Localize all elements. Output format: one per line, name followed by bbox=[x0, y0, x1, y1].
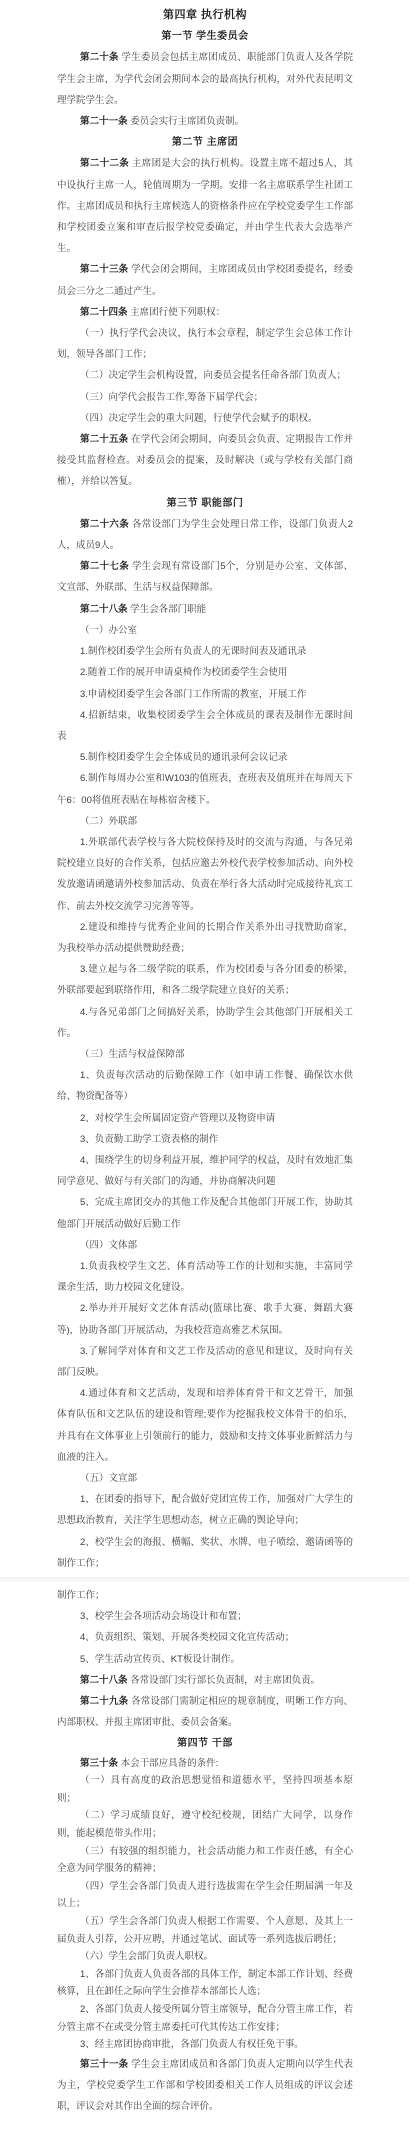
list-item-paragraph: （六）学生会部门负责人职权。 bbox=[57, 1948, 353, 1966]
article-number: 第二十八条 bbox=[80, 604, 128, 615]
article-number: 第二十五条 bbox=[80, 434, 128, 445]
article-paragraph: 第三十条 本会干部应具备的条件: bbox=[57, 1755, 353, 1773]
article-number: 第二十条 bbox=[80, 52, 119, 63]
page-break-gap bbox=[0, 1577, 409, 1582]
document-page: 第四章 执行机构第一节 学生委员会第二十条 学生委员会包括主席团成员、职能部门负… bbox=[0, 0, 409, 2133]
list-item-paragraph: 1、在团委的指导下，配合做好党团宣传工作，加强对广大学生的思想政治教育，关注学生… bbox=[57, 1489, 353, 1531]
article-paragraph: 第二十五条 在学代会闭会期间，向委员会负责、定期报告工作并接受其监督检查。对委员… bbox=[57, 429, 353, 493]
list-item-paragraph: 1.制作校团委学生会所有负责人的无课时间表及通讯录 bbox=[57, 641, 353, 662]
list-item-paragraph: 2.建设和维持与优秀企业间的长期合作关系外出寻找赞助商家，为我校举办活动提供赞助… bbox=[57, 917, 353, 959]
list-item-paragraph: 1、负责每次活动的后勤保障工作（如申请工作餐、确保饮水供给、物资配备等） bbox=[57, 1065, 353, 1107]
article-number: 第二十九条 bbox=[80, 1696, 128, 1707]
article-paragraph: 第二十一条 委员会实行主席团负责制。 bbox=[57, 111, 353, 132]
list-item-paragraph: 4.通过体育和文艺活动，发现和培养体育骨干和文艺骨干，加强体育队伍和文艺队伍的建… bbox=[57, 1383, 353, 1468]
list-item-paragraph: 2.随着工作的展开申请桌椅作为校团委学生会使用 bbox=[57, 662, 353, 683]
list-item-paragraph: 3.建立起与各二级学院的联系，作为校团委与各分团委的桥梁，外联部要起到联络作用，… bbox=[57, 959, 353, 1001]
article-number: 第二十八条 bbox=[80, 1675, 128, 1686]
list-item-paragraph: 3.了解同学对体育和文艺工作及活动的意见和建议，及时向有关部门反映。 bbox=[57, 1341, 353, 1383]
list-item-paragraph: 3、校学生会各项活动会场设计和布置； bbox=[57, 1606, 353, 1627]
section-heading: 第二节 主席团 bbox=[57, 132, 353, 153]
article-paragraph: 第二十三条 学代会闭会期间，主席团成员由学校团委提名，经委员会三分之二通过产生。 bbox=[57, 259, 353, 301]
article-number: 第二十四条 bbox=[80, 307, 128, 318]
section-heading: 第一节 学生委员会 bbox=[57, 26, 353, 47]
list-item-paragraph: 2、各部门负责人接受所属分管主席领导，配合分管主席工作，若分管主席不在或受分管主… bbox=[57, 2001, 353, 2036]
list-item-paragraph: 4、负责组织、策划、开展各类校园文化宣传活动； bbox=[57, 1627, 353, 1648]
article-paragraph: 第三十一条 学生会主席团成员和各部门负责人定期向以学生代表为主，学校党委学生工作… bbox=[57, 2054, 353, 2118]
list-item-paragraph: （一）执行学代会决议，执行本会章程，制定学生会总体工作计划，领导各部门工作； bbox=[57, 323, 353, 365]
list-item-paragraph: 1.负责我校学生文艺、体育活动等工作的计划和实施，丰富同学课余生活，助力校园文化… bbox=[57, 1256, 353, 1298]
list-item-paragraph: 4.招新结束，收集校团委学生会全体成员的课表及制作无课时间表 bbox=[57, 705, 353, 747]
list-item-paragraph: （五）文宣部 bbox=[57, 1468, 353, 1489]
article-paragraph: 第二十二条 主席团是大会的执行机构。设置主席不超过5人，其中设执行主席一人，轮值… bbox=[57, 153, 353, 259]
article-number: 第二十二条 bbox=[80, 158, 129, 169]
list-item-paragraph: 2、对校学生会所属固定资产管理以及物资申请 bbox=[57, 1108, 353, 1129]
list-item-paragraph: 5、学生活动宣传页、KT板设计制作。 bbox=[57, 1649, 353, 1670]
article-number: 第三十一条 bbox=[80, 2059, 128, 2070]
list-item-paragraph: （四）文体部 bbox=[57, 1235, 353, 1256]
list-item-paragraph: 2、校学生会的海报、横幅、奖状、水牌、电子喷绘、邀请函等的制作工作； bbox=[57, 1532, 353, 1574]
list-item-paragraph: （一）具有高度的政治思想觉悟和道德水平，坚持四项基本原则； bbox=[57, 1772, 353, 1807]
list-item-paragraph: （二）外联部 bbox=[57, 811, 353, 832]
article-paragraph: 第二十九条 各常设部门需制定相应的规章制度，明晰工作方向、内部职权、并报主席团审… bbox=[57, 1691, 353, 1733]
list-item-paragraph: （二）学习成绩良好，遵守校纪校规，团结广大同学，以身作则，能起模范带头作用； bbox=[57, 1807, 353, 1842]
article-paragraph: 第二十八条 各常设部门实行部长负责制，对主席团负责。 bbox=[57, 1670, 353, 1691]
article-number: 第二十七条 bbox=[80, 561, 129, 572]
list-item-paragraph: （三）有较强的组织能力，社会活动能力和工作责任感，有全心全意为同学服务的精神； bbox=[57, 1843, 353, 1878]
chapter-heading: 第四章 执行机构 bbox=[57, 5, 353, 26]
article-number: 第三十条 bbox=[80, 1758, 118, 1769]
article-paragraph: 第二十条 学生委员会包括主席团成员、职能部门负责人及各学院学生会主席，为学代会闭… bbox=[57, 47, 353, 111]
article-paragraph: 第二十七条 学生会现有常设部门5个，分别是办公室、文体部、文宣部、外联部、生活与… bbox=[57, 556, 353, 598]
section-heading: 第三节 职能部门 bbox=[57, 493, 353, 514]
article-number: 第二十一条 bbox=[80, 116, 128, 127]
list-item-paragraph: （三）生活与权益保障部 bbox=[57, 1044, 353, 1065]
list-item-paragraph: 5、完成主席团交办的其他工作及配合其他部门开展工作，协助其他部门开展活动做好后勤… bbox=[57, 1192, 353, 1234]
list-item-paragraph: 1.外联部代表学校与各大院校保持及时的交流与沟通，与各兄弟院校建立良好的合作关系… bbox=[57, 832, 353, 917]
list-item-paragraph: （四）决定学生会的重大问题，行使学代会赋予的职权。 bbox=[57, 408, 353, 429]
list-item-paragraph: 5.制作校团委学生会全体成员的通讯录何会议记录 bbox=[57, 747, 353, 768]
article-number: 第二十六条 bbox=[80, 519, 129, 530]
list-item-paragraph: 6.制作每周办公室和W103的值班表，查班表及值班并在每周天下午6：00将值班表… bbox=[57, 768, 353, 810]
list-item-paragraph: 4、围绕学生的切身利益开展，维护同学的权益，及时有效地汇集同学意见、做好与有关部… bbox=[57, 1150, 353, 1192]
list-item-paragraph: （一）办公室 bbox=[57, 620, 353, 641]
list-item-paragraph: （二）决定学生会机构设置，向委员会提名任命各部门负责人； bbox=[57, 365, 353, 386]
list-item-paragraph: 3.申请校团委学生会各部门工作所需的教室，开展工作 bbox=[57, 684, 353, 705]
article-number: 第二十三条 bbox=[80, 264, 128, 275]
list-item-paragraph: （三）向学代会报告工作,筹备下届学代会； bbox=[57, 387, 353, 408]
list-item-paragraph: （五）学生会各部门负责人根据工作需要、个人意愿、及其上一届负责人引荐，公开应聘，… bbox=[57, 1913, 353, 1948]
article-paragraph: 第二十四条 主席团行使下列职权： bbox=[57, 302, 353, 323]
list-item-paragraph: 3、经主席团协商审批，各部门负责人有权任免干事。 bbox=[57, 2036, 353, 2054]
article-paragraph: 第二十六条 各常设部门为学生会处理日常工作，设部门负责人2人，成员9人。 bbox=[57, 514, 353, 556]
list-item-paragraph: 3、负责勤工助学工资表格的制作 bbox=[57, 1129, 353, 1150]
continuation-fragment: 制作工作； bbox=[57, 1585, 353, 1606]
list-item-paragraph: 2.举办并开展好文艺体育活动(篮球比赛、歌手大赛、舞蹈大赛等)，协助各部门开展活… bbox=[57, 1298, 353, 1340]
list-item-paragraph: 4.与各兄弟部门之间搞好关系，协助学生会其他部门开展相关工作。 bbox=[57, 1002, 353, 1044]
section-heading: 第四节 干部 bbox=[57, 1733, 353, 1754]
list-item-paragraph: 1、各部门负责人负责各部的具体工作，制定本部工作计划、经费核算，且在卸任之际向学… bbox=[57, 1966, 353, 2001]
list-item-paragraph: （四）学生会各部门负责人进行选拔需在学生会任期届满一年及以上； bbox=[57, 1878, 353, 1913]
article-paragraph: 第二十八条 学生会各部门职能 bbox=[57, 599, 353, 620]
